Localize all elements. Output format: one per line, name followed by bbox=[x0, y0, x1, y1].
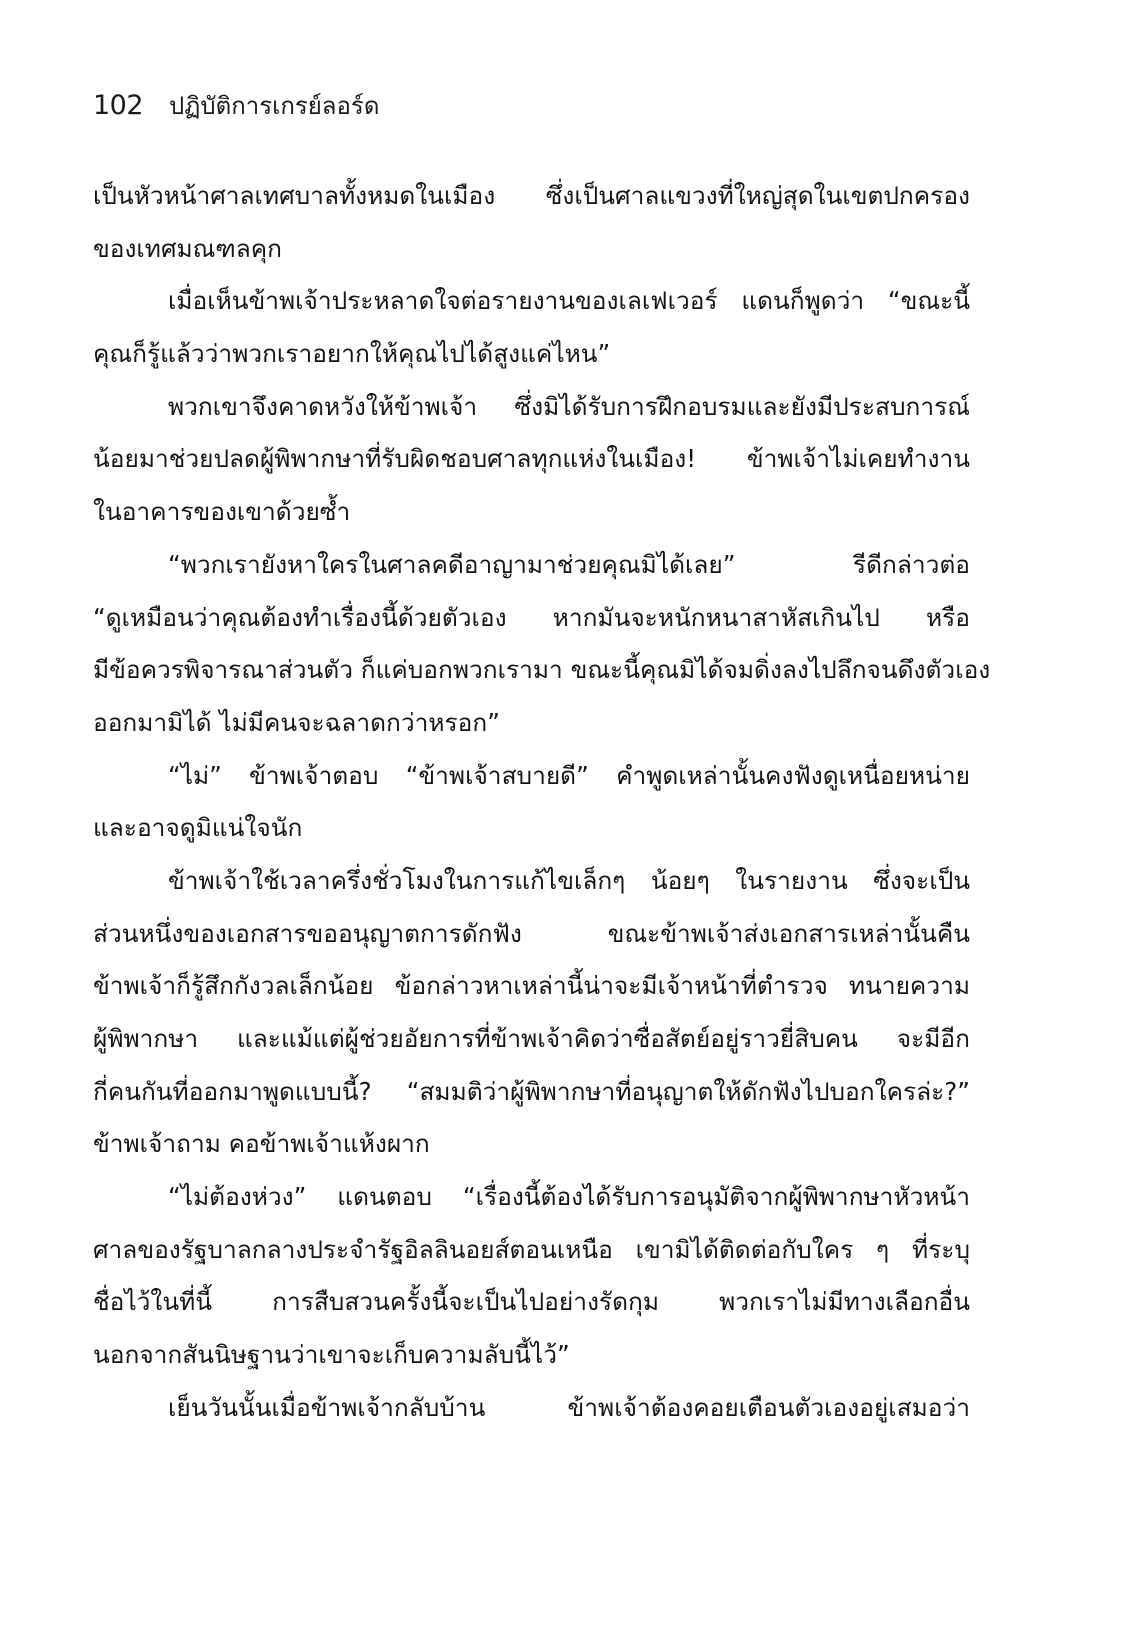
text-line: “ไม่ต้องห่วง” แดนตอบ “เรื่องนี้ต้องได้รั… bbox=[93, 1171, 970, 1224]
text-line: น้อยมาช่วยปลดผู้พิพากษาที่รับผิดชอบศาลทุ… bbox=[93, 433, 970, 486]
text-line: พวกเขาจึงคาดหวังให้ข้าพเจ้า ซึ่งมิได้รับ… bbox=[93, 381, 970, 434]
text-line: “ไม่” ข้าพเจ้าตอบ “ข้าพเจ้าสบายดี” คำพูด… bbox=[93, 750, 970, 803]
paragraph-5: “ไม่” ข้าพเจ้าตอบ “ข้าพเจ้าสบายดี” คำพูด… bbox=[93, 750, 970, 855]
text-line: ข้าพเจ้าถาม คอข้าพเจ้าแห้งผาก bbox=[93, 1118, 970, 1171]
paragraph-3: พวกเขาจึงคาดหวังให้ข้าพเจ้า ซึ่งมิได้รับ… bbox=[93, 381, 970, 539]
paragraph-1: เป็นหัวหน้าศาลเทศบาลทั้งหมดในเมือง ซึ่งเ… bbox=[93, 170, 970, 275]
book-page: 102 ปฏิบัติการเกรย์ลอร์ด เป็นหัวหน้าศาลเ… bbox=[0, 0, 1126, 1638]
text-line: ผู้พิพากษา และแม้แต่ผู้ช่วยอัยการที่ข้าพ… bbox=[93, 1013, 970, 1066]
paragraph-8: เย็นวันนั้นเมื่อข้าพเจ้ากลับบ้าน ข้าพเจ้… bbox=[93, 1382, 970, 1435]
text-line: เมื่อเห็นข้าพเจ้าประหลาดใจต่อรายงานของเล… bbox=[93, 275, 970, 328]
text-line: “พวกเรายังหาใครในศาลคดีอาญามาช่วยคุณมิได… bbox=[93, 539, 970, 592]
text-line: ข้าพเจ้าก็รู้สึกกังวลเล็กน้อย ข้อกล่าวหา… bbox=[93, 960, 970, 1013]
text-line: คุณก็รู้แล้วว่าพวกเราอยากให้คุณไปได้สูงแ… bbox=[93, 328, 970, 381]
text-line: เย็นวันนั้นเมื่อข้าพเจ้ากลับบ้าน ข้าพเจ้… bbox=[93, 1382, 970, 1435]
text-line: ข้าพเจ้าใช้เวลาครึ่งชั่วโมงในการแก้ไขเล็… bbox=[93, 855, 970, 908]
text-line: กี่คนกันที่ออกมาพูดแบบนี้? “สมมติว่าผู้พ… bbox=[93, 1066, 970, 1119]
paragraph-7: “ไม่ต้องห่วง” แดนตอบ “เรื่องนี้ต้องได้รั… bbox=[93, 1171, 970, 1382]
running-head: 102 ปฏิบัติการเกรย์ลอร์ด bbox=[93, 86, 379, 126]
text-line: นอกจากสันนิษฐานว่าเขาจะเก็บความลับนี้ไว้… bbox=[93, 1329, 970, 1382]
page-number: 102 bbox=[93, 90, 143, 121]
paragraph-4: “พวกเรายังหาใครในศาลคดีอาญามาช่วยคุณมิได… bbox=[93, 539, 970, 750]
text-line: ของเทศมณฑลคุก bbox=[93, 223, 970, 276]
text-line: เป็นหัวหน้าศาลเทศบาลทั้งหมดในเมือง ซึ่งเ… bbox=[93, 170, 970, 223]
text-line: “ดูเหมือนว่าคุณต้องทำเรื่องนี้ด้วยตัวเอง… bbox=[93, 592, 970, 645]
body-text: เป็นหัวหน้าศาลเทศบาลทั้งหมดในเมือง ซึ่งเ… bbox=[93, 170, 970, 1435]
text-line: และอาจดูมิแน่ใจนัก bbox=[93, 802, 970, 855]
text-line: ในอาคารของเขาด้วยซ้ำ bbox=[93, 486, 970, 539]
book-title: ปฏิบัติการเกรย์ลอร์ด bbox=[169, 86, 379, 125]
text-line: ออกมามิได้ ไม่มีคนจะฉลาดกว่าหรอก” bbox=[93, 697, 970, 750]
text-line: มีข้อควรพิจารณาส่วนตัว ก็แค่บอกพวกเรามา … bbox=[93, 644, 970, 697]
text-line: ชื่อไว้ในที่นี้ การสืบสวนครั้งนี้จะเป็นไ… bbox=[93, 1276, 970, 1329]
paragraph-6: ข้าพเจ้าใช้เวลาครึ่งชั่วโมงในการแก้ไขเล็… bbox=[93, 855, 970, 1171]
text-line: ศาลของรัฐบาลกลางประจำรัฐอิลลินอยส์ตอนเหน… bbox=[93, 1224, 970, 1277]
text-line: ส่วนหนึ่งของเอกสารขออนุญาตการดักฟัง ขณะข… bbox=[93, 908, 970, 961]
paragraph-2: เมื่อเห็นข้าพเจ้าประหลาดใจต่อรายงานของเล… bbox=[93, 275, 970, 380]
